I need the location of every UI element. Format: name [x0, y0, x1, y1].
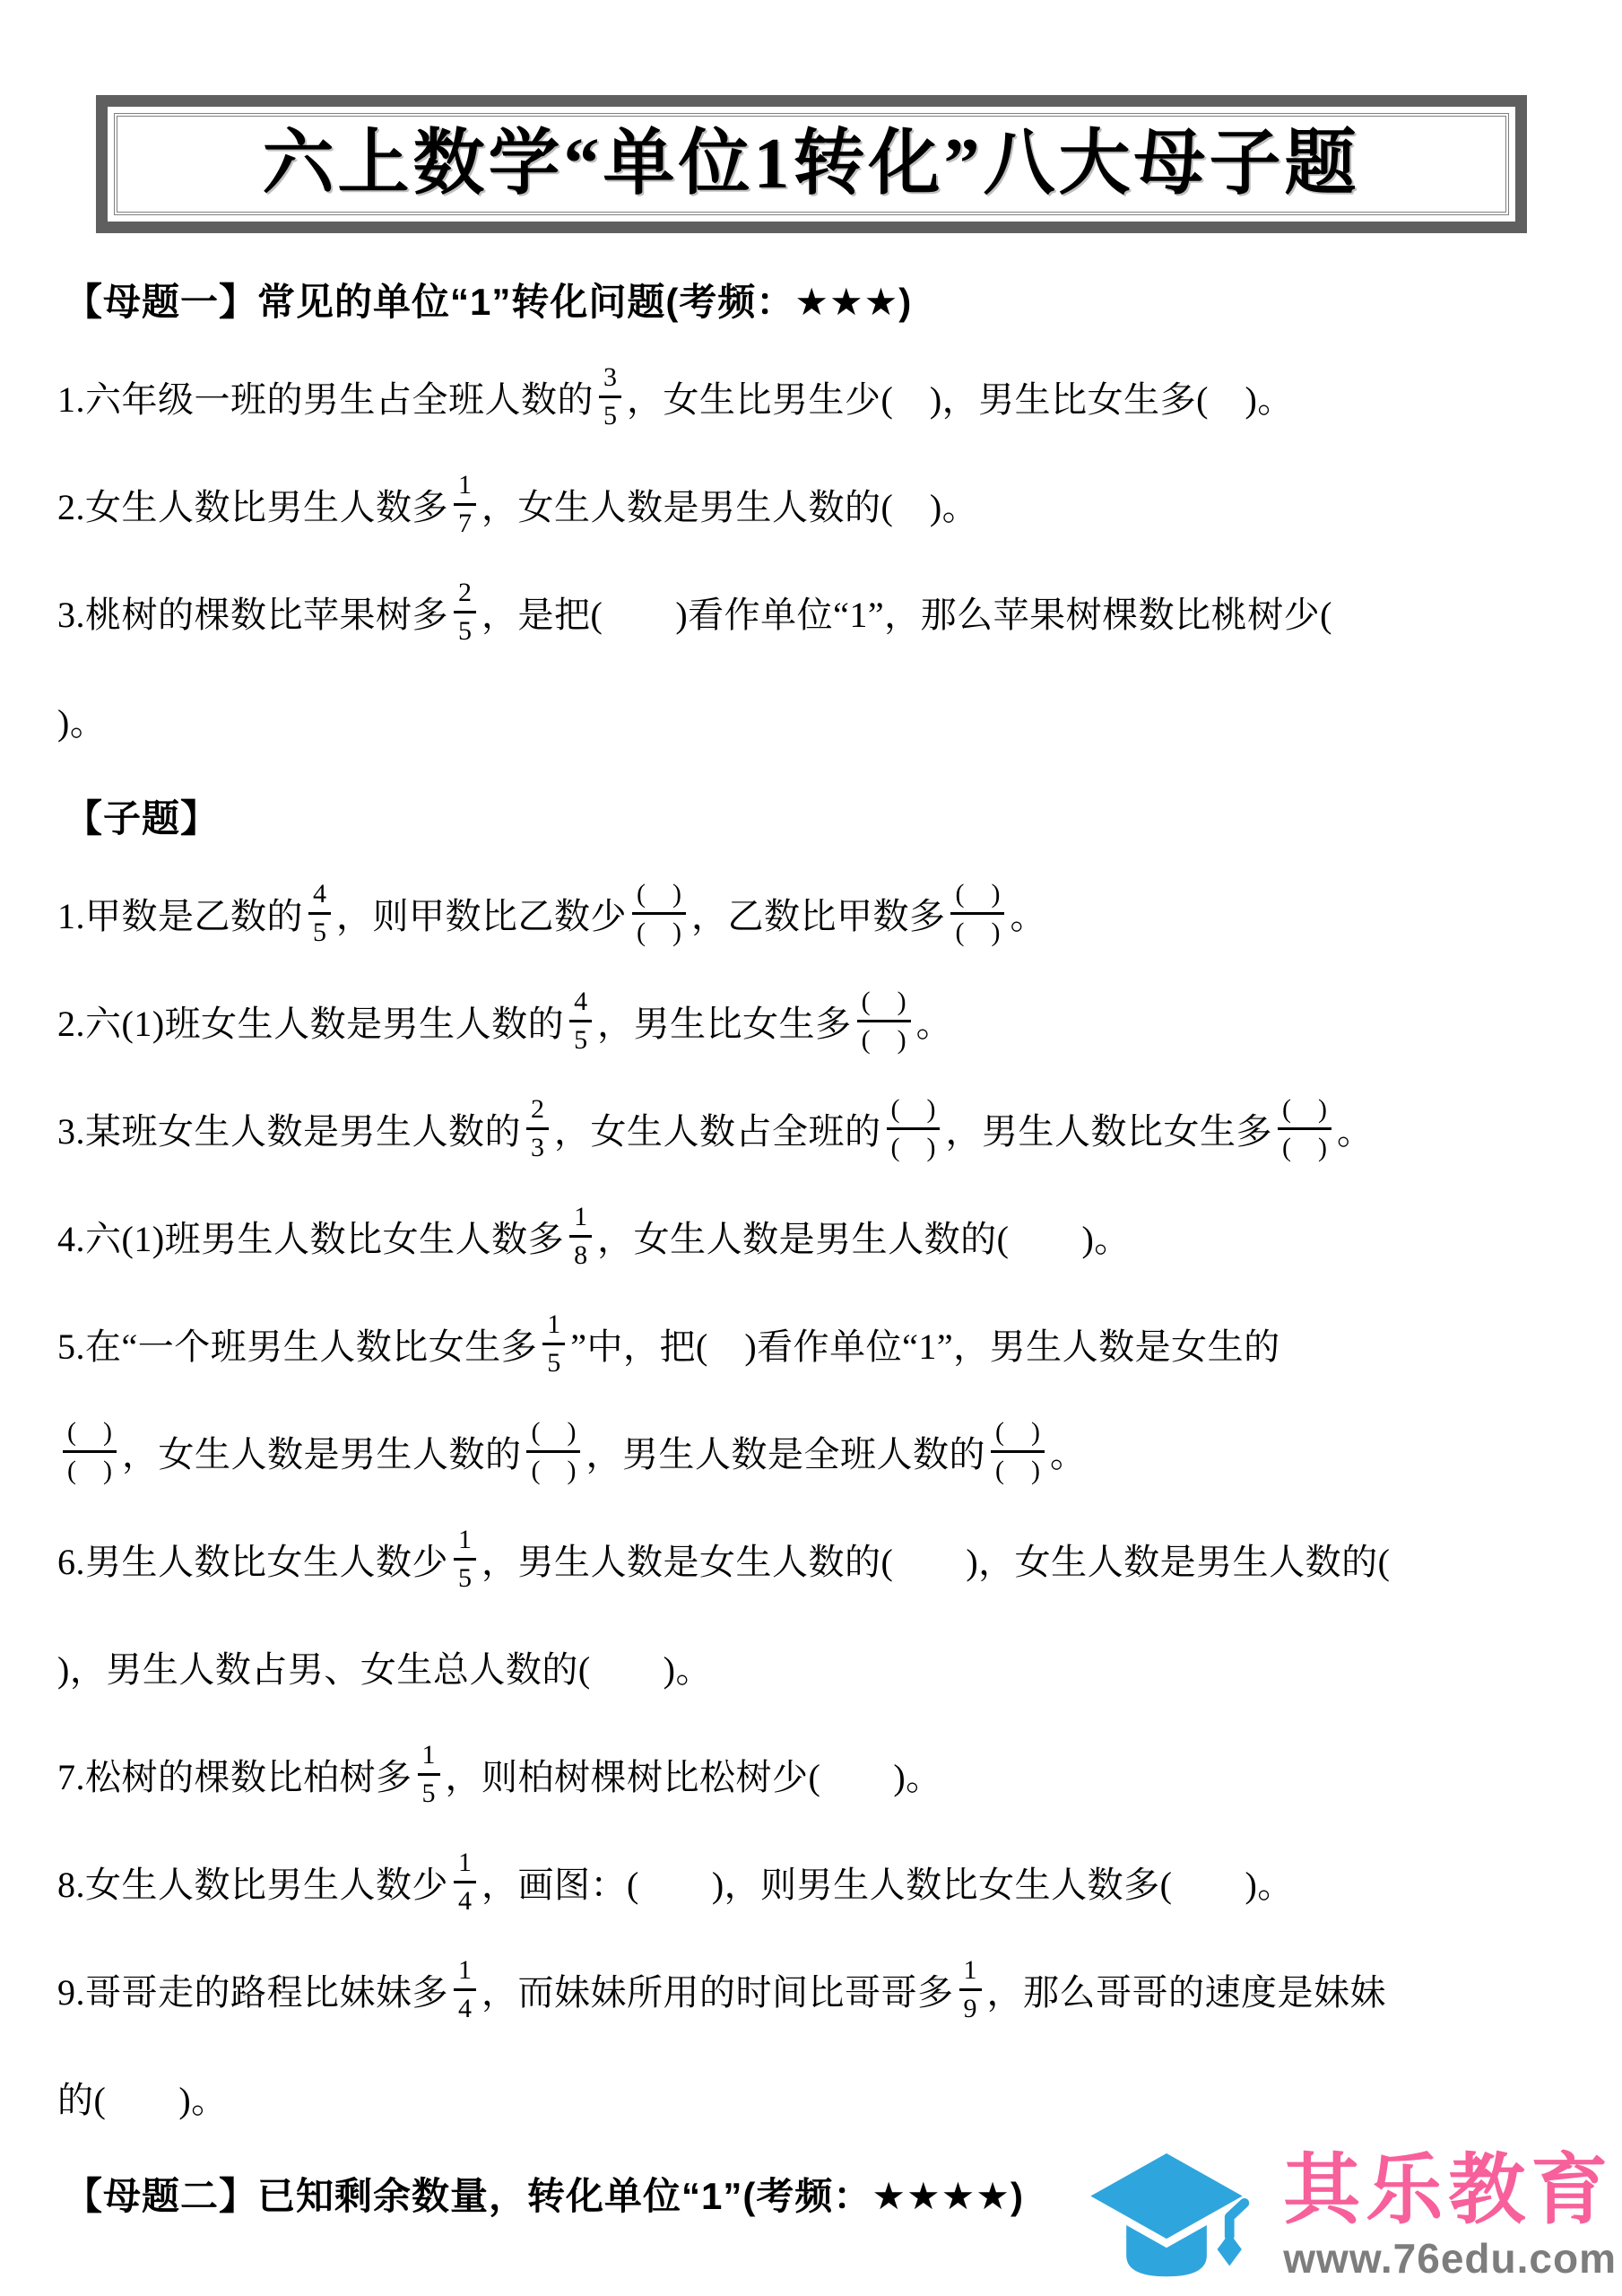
graduation-cap-icon — [1070, 2145, 1265, 2285]
fraction: 19 — [959, 1952, 982, 2026]
fraction: 23 — [526, 1091, 549, 1165]
problem-line: 3.桃树的棵数比苹果树多25，是把( )看作单位“1”，那么苹果树棵数比桃树少( — [57, 558, 1572, 665]
problem-line: 的( )。 — [57, 2043, 1572, 2151]
problem-line: 6.男生人数比女生人数少15，男生人数是女生人数的( )，女生人数是男生人数的( — [57, 1505, 1572, 1613]
fraction: 45 — [569, 984, 592, 1057]
problem-line: 8.女生人数比男生人数少14，画图：( )，则男生人数比女生人数多( )。 — [57, 1828, 1572, 1935]
page-title: 六上数学“单位1转化”八大母子题 — [126, 125, 1496, 204]
title-box-inner: 六上数学“单位1转化”八大母子题 — [114, 113, 1509, 215]
fraction: ( )( ) — [887, 1091, 941, 1165]
fraction: 25 — [454, 575, 476, 648]
problem-line: 1.六年级一班的男生占全班人数的35，女生比男生少( )，男生比女生多( )。 — [57, 343, 1572, 450]
fraction: ( )( ) — [632, 876, 686, 950]
worksheet-body: 【母题一】常见的单位“1”转化问题(考频：★★★)1.六年级一班的男生占全班人数… — [57, 257, 1572, 2237]
fraction: ( )( ) — [857, 984, 911, 1057]
section-heading: 【子题】 — [57, 773, 1572, 859]
fraction: ( )( ) — [63, 1414, 117, 1488]
fraction: ( )( ) — [526, 1414, 580, 1488]
brand-url: www.76edu.com — [1283, 2238, 1617, 2279]
problem-line: 3.某班女生人数是男生人数的23，女生人数占全班的( )( )，男生人数比女生多… — [57, 1074, 1572, 1182]
fraction: 17 — [454, 467, 476, 541]
fraction: 18 — [569, 1199, 592, 1273]
problem-line: 2.女生人数比男生人数多17，女生人数是男生人数的( )。 — [57, 450, 1572, 558]
problem-line: 9.哥哥走的路程比妹妹多14，而妹妹所用的时间比哥哥多19，那么哥哥的速度是妹妹 — [57, 1935, 1572, 2043]
problem-line: )，男生人数占男、女生总人数的( )。 — [57, 1613, 1572, 1720]
fraction: 14 — [454, 1845, 476, 1918]
fraction: 15 — [454, 1522, 476, 1596]
problem-line: )。 — [57, 665, 1572, 773]
brand-logo: 其乐教育 www.76edu.com — [1070, 2145, 1617, 2285]
worksheet-page: { "title": "六上数学“单位1转化”八大母子题", "lines": … — [0, 0, 1622, 2296]
problem-line: 7.松树的棵数比柏树多15，则柏树棵树比松树少( )。 — [57, 1720, 1572, 1828]
problem-line: 5.在“一个班男生人数比女生多15”中，把( )看作单位“1”，男生人数是女生的 — [57, 1290, 1572, 1397]
fraction: 14 — [454, 1952, 476, 2026]
fraction: ( )( ) — [991, 1414, 1045, 1488]
fraction: ( )( ) — [1278, 1091, 1331, 1165]
title-box: 六上数学“单位1转化”八大母子题 — [96, 95, 1527, 233]
fraction: ( )( ) — [950, 876, 1004, 950]
brand-text-block: 其乐教育 www.76edu.com — [1283, 2152, 1617, 2279]
fraction: 45 — [308, 876, 331, 950]
fraction: 15 — [418, 1737, 440, 1811]
problem-line: 4.六(1)班男生人数比女生人数多18，女生人数是男生人数的( )。 — [57, 1182, 1572, 1290]
problem-line: 1.甲数是乙数的45，则甲数比乙数少( )( )，乙数比甲数多( )( )。 — [57, 859, 1572, 967]
section-heading: 【母题一】常见的单位“1”转化问题(考频：★★★) — [57, 257, 1572, 343]
fraction: 15 — [542, 1307, 565, 1380]
fraction: 35 — [599, 360, 621, 433]
brand-name: 其乐教育 — [1283, 2152, 1613, 2229]
problem-line: 2.六(1)班女生人数是男生人数的45，男生比女生多( )( )。 — [57, 967, 1572, 1074]
problem-line: ( )( )，女生人数是男生人数的( )( )，男生人数是全班人数的( )( )… — [57, 1397, 1572, 1505]
